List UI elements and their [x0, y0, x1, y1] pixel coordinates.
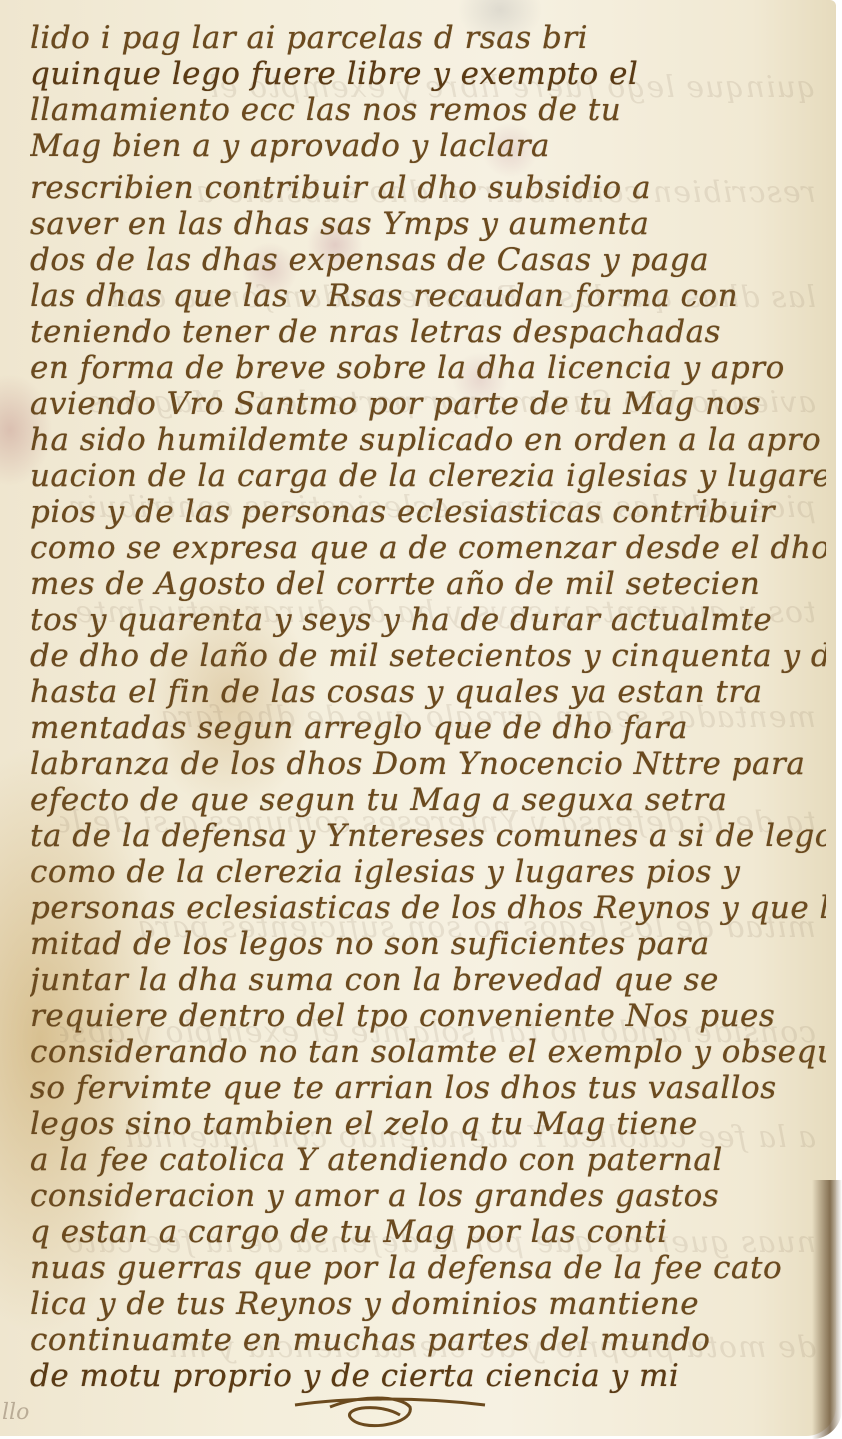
manuscript-text: lido i pag lar ai parcelas d rsas bri qu…	[0, 0, 836, 1436]
text-line-16: mes de Agosto del corrte año de mil sete…	[30, 566, 826, 602]
text-line-17: tos y quarenta y seys y ha de durar actu…	[30, 602, 826, 638]
text-line-37: continuamte en muchas partes del mundo	[30, 1322, 826, 1358]
text-line-33: consideracion y amor a los grandes gasto…	[30, 1178, 826, 1214]
text-line-3: llamamiento ecc las nos remos de tu	[30, 92, 826, 128]
text-line-22: efecto de que segun tu Mag a seguxa setr…	[30, 782, 826, 818]
text-line-9: teniendo tener de nras letras despachada…	[30, 314, 826, 350]
text-line-32: a la fee catolica Y atendiendo con pater…	[30, 1142, 826, 1178]
text-line-30: so fervimte que te arrian los dhos tus v…	[30, 1070, 826, 1106]
text-line-12: ha sido humildemte suplicado en orden a …	[30, 422, 826, 458]
text-line-28: requiere dentro del tpo conveniente Nos …	[30, 998, 826, 1034]
folio-mark: llo	[2, 1400, 29, 1425]
text-line-23: ta de la defensa y Yntereses comunes a s…	[30, 818, 826, 854]
text-line-14: pios y de las personas eclesiasticas con…	[30, 494, 826, 530]
text-line-11: aviendo Vro Santmo por parte de tu Mag n…	[30, 386, 826, 422]
text-line-4: Mag bien a y aprovado y laclara	[30, 128, 826, 164]
manuscript-page: quinque lego fuere libre y exempto el re…	[0, 0, 836, 1436]
text-line-26: mitad de los legos no son suficientes pa…	[30, 926, 826, 962]
text-line-13: uacion de la carga de la clerezia iglesi…	[30, 458, 826, 494]
text-line-18: de dho de laño de mil setecientos y cinq…	[30, 638, 826, 674]
text-line-27: juntar la dha suma con la brevedad que s…	[30, 962, 826, 998]
text-line-36: lica y de tus Reynos y dominios mantiene	[30, 1286, 826, 1322]
text-line-8: las dhas que las v Rsas recaudan forma c…	[30, 278, 826, 314]
text-line-38: de motu proprio y de cierta ciencia y mi	[30, 1358, 826, 1394]
text-line-24: como de la clerezia iglesias y lugares p…	[30, 854, 826, 890]
text-line-10: en forma de breve sobre la dha licencia …	[30, 350, 826, 386]
text-line-29: considerando no tan solamte el exemplo y…	[30, 1034, 826, 1070]
text-line-31: legos sino tambien el zelo q tu Mag tien…	[30, 1106, 826, 1142]
text-line-2: quinque lego fuere libre y exempto el	[30, 56, 826, 92]
text-line-34: q estan a cargo de tu Mag por las conti	[30, 1214, 826, 1250]
page-edge-wear	[812, 1180, 842, 1439]
text-line-1: lido i pag lar ai parcelas d rsas bri	[30, 20, 826, 56]
rubric-flourish-icon	[290, 1395, 490, 1435]
text-line-25: personas eclesiasticas de los dhos Reyno…	[30, 890, 826, 926]
text-line-19: hasta el fin de las cosas y quales ya es…	[30, 674, 826, 710]
text-line-21: labranza de los dhos Dom Ynocencio Nttre…	[30, 746, 826, 782]
text-line-15: como se expresa que a de comenzar desde …	[30, 530, 826, 566]
text-line-7: dos de las dhas expensas de Casas y paga	[30, 242, 826, 278]
text-line-35: nuas guerras que por la defensa de la fe…	[30, 1250, 826, 1286]
text-line-20: mentadas segun arreglo que de dho fara	[30, 710, 826, 746]
text-line-6: saver en las dhas sas Ymps y aumenta	[30, 206, 826, 242]
text-line-5: rescribien contribuir al dho subsidio a	[30, 170, 826, 206]
